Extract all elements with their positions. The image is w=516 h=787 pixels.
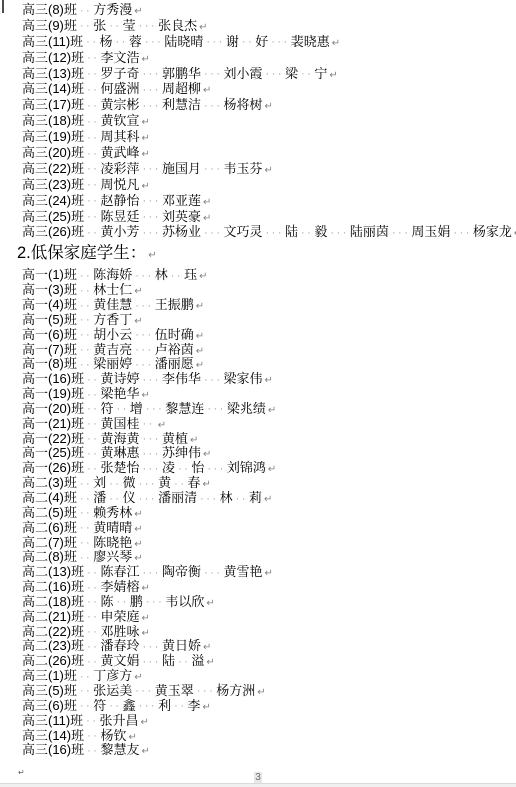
paragraph-mark-icon: ↵ — [141, 133, 149, 144]
student-line: 高二(22)班··邓胜咏↵ — [22, 625, 514, 640]
student-line: 高三(14)班··杨钦↵ — [22, 729, 514, 744]
student-name: 陈昱廷 — [100, 209, 139, 224]
student-name: 鑫 — [123, 698, 136, 713]
student-name: 陆晓晴 — [164, 34, 203, 49]
student-name: 黄晴晴 — [93, 520, 132, 535]
space-formatting-marks: ·· — [174, 700, 186, 712]
paragraph-mark-icon: ↵ — [141, 717, 149, 728]
student-line: 高一(7)班··黄吉亮···卢裕茵↵ — [22, 343, 514, 358]
student-name: 黎慧友 — [100, 742, 139, 757]
paragraph-mark-icon: ↵ — [196, 331, 204, 342]
student-line: 高一(6)班··胡小云···伍时确↵ — [22, 328, 514, 343]
space-formatting-marks: ·· — [87, 730, 99, 742]
space-formatting-marks: ·· — [87, 163, 99, 175]
space-formatting-marks: ··· — [135, 329, 154, 341]
student-name: 梁丽婷 — [93, 356, 132, 371]
paragraph-mark-icon: ↵ — [128, 732, 136, 743]
space-formatting-marks: ·· — [80, 329, 92, 341]
space-formatting-marks: ··· — [204, 163, 223, 175]
space-formatting-marks: ·· — [80, 285, 92, 297]
space-formatting-marks: ··· — [142, 84, 161, 96]
space-formatting-marks: ··· — [139, 493, 158, 505]
paragraph-mark-icon: ↵ — [134, 524, 142, 535]
paragraph-mark-icon: ↵ — [265, 375, 273, 386]
class-label: 高二(23)班 — [22, 638, 84, 653]
space-formatting-marks: ·· — [87, 211, 99, 223]
student-name: 梁艳华 — [100, 386, 139, 401]
space-formatting-marks: ·· — [80, 537, 92, 549]
space-formatting-marks: ··· — [142, 448, 161, 460]
student-name: 宁 — [314, 66, 327, 81]
space-formatting-marks: ·· — [87, 68, 99, 80]
student-name: 陈 — [100, 594, 113, 609]
paragraph-mark-icon: ↵ — [265, 568, 273, 579]
space-formatting-marks: ·· — [87, 433, 99, 445]
student-name: 李 — [187, 698, 200, 713]
student-line: 高一(26)班··张楚怡···凌··怡···刘锦鸿↵ — [22, 461, 514, 476]
paragraph-mark-icon: ↵ — [206, 657, 214, 668]
student-name: 杨方洲 — [216, 683, 255, 698]
student-name: 怡 — [191, 460, 204, 475]
paragraph-mark-icon: ↵ — [257, 687, 265, 698]
student-name: 周悦凡 — [100, 177, 139, 192]
class-label: 高二(13)班 — [22, 564, 84, 579]
space-formatting-marks: ··· — [207, 463, 226, 475]
paragraph-mark-icon: ↵ — [196, 346, 204, 357]
class-label: 高二(26)班 — [22, 653, 84, 668]
space-formatting-marks: ·· — [87, 195, 99, 207]
student-name: 黄钦宣 — [100, 113, 139, 128]
paragraph-mark-icon: ↵ — [141, 746, 149, 757]
class-label: 高三(19)班 — [22, 129, 84, 144]
student-line: 高一(5)班··方香丁↵ — [22, 313, 514, 328]
class-label: 高一(1)班 — [22, 267, 77, 282]
class-label: 高二(22)班 — [22, 624, 84, 639]
space-formatting-marks: ··· — [142, 227, 161, 239]
student-name: 陶帝衡 — [162, 564, 201, 579]
space-formatting-marks: ··· — [139, 478, 158, 490]
space-formatting-marks: ··· — [204, 227, 223, 239]
student-name: 陆 — [285, 224, 298, 239]
space-formatting-marks: ·· — [242, 36, 254, 48]
paragraph-mark-icon: ↵ — [264, 494, 272, 505]
class-label: 高一(22)班 — [22, 431, 84, 446]
student-name: 张楚怡 — [100, 460, 139, 475]
space-formatting-marks: ··· — [453, 227, 472, 239]
student-name: 陆 — [162, 653, 175, 668]
space-formatting-marks: ·· — [87, 227, 99, 239]
student-name: 文巧灵 — [223, 224, 262, 239]
student-name: 苏绅伟 — [162, 445, 201, 460]
document-page: 高三(8)班··方秀漫↵高三(9)班··张··莹···张良杰↵高三(11)班··… — [22, 2, 514, 758]
space-formatting-marks: ··· — [142, 374, 161, 386]
student-line: 高三(11)班··张升昌↵ — [22, 714, 514, 729]
student-name: 刘 — [93, 475, 106, 490]
class-label: 高三(14)班 — [22, 728, 84, 743]
class-label: 高二(21)班 — [22, 609, 84, 624]
student-name: 利 — [158, 698, 171, 713]
paragraph-mark-icon: ↵ — [141, 54, 149, 65]
student-name: 梁兆绩 — [227, 401, 266, 416]
space-formatting-marks: ··· — [135, 685, 154, 697]
student-line: 高三(11)班··杨··蓉···陆晓晴···谢··好···裴晓惠↵ — [22, 34, 514, 50]
student-line: 高三(14)班··何盛洲···周超柳↵ — [22, 81, 514, 97]
student-line: 高一(21)班··黄国桂··↵ — [22, 417, 514, 432]
student-name: 凌彩萍 — [100, 161, 139, 176]
student-name: 施国月 — [162, 161, 201, 176]
space-formatting-marks: ·· — [87, 403, 99, 415]
student-name: 毅 — [314, 224, 327, 239]
space-formatting-marks: ·· — [87, 100, 99, 112]
section-heading-text: 2.低保家庭学生： — [17, 244, 146, 262]
paragraph-mark-icon: ↵ — [190, 435, 198, 446]
space-formatting-marks: ·· — [116, 403, 128, 415]
space-formatting-marks: ·· — [87, 179, 99, 191]
space-formatting-marks: ·· — [109, 478, 121, 490]
space-formatting-marks: ·· — [236, 493, 248, 505]
space-formatting-marks: ·· — [116, 596, 128, 608]
class-label: 高一(7)班 — [22, 342, 77, 357]
student-name: 鹏 — [130, 594, 143, 609]
student-list-section-1: 高三(8)班··方秀漫↵高三(9)班··张··莹···张良杰↵高三(11)班··… — [22, 2, 514, 240]
student-name: 符 — [100, 401, 113, 416]
student-line: 高三(1)班··丁彦方↵ — [22, 669, 514, 684]
student-line: 高二(13)班··陈春江···陶帝衡···黄雪艳↵ — [22, 565, 514, 580]
space-formatting-marks: ·· — [80, 314, 92, 326]
paragraph-mark-icon: ↵ — [203, 85, 211, 96]
student-name: 廖兴琴 — [93, 549, 132, 564]
student-name: 林士仁 — [93, 282, 132, 297]
student-name: 溢 — [191, 653, 204, 668]
paragraph-mark-icon: ↵ — [332, 38, 340, 49]
class-label: 高一(26)班 — [22, 460, 84, 475]
student-line: 高一(19)班··梁艳华↵ — [22, 387, 514, 402]
space-formatting-marks: ··· — [142, 656, 161, 668]
student-line: 高二(3)班··刘··微···黄··春↵ — [22, 476, 514, 491]
student-line: 高二(8)班··廖兴琴↵ — [22, 550, 514, 565]
student-name: 仪 — [123, 490, 136, 505]
student-line: 高三(17)班··黄宗彬···利慧洁···杨将树↵ — [22, 97, 514, 113]
change-bar — [2, 0, 4, 13]
paragraph-mark-icon: ↵ — [265, 165, 273, 176]
paragraph-mark-icon: ↵ — [268, 405, 276, 416]
student-name: 林 — [155, 267, 168, 282]
space-formatting-marks: ·· — [80, 478, 92, 490]
student-list-section-2: 高一(1)班··陈海娇···林··珏↵高一(3)班··林士仁↵高一(4)班··黄… — [22, 268, 514, 758]
paragraph-mark-icon: ↵ — [203, 642, 211, 653]
student-name: 胡小云 — [93, 327, 132, 342]
student-name: 王振鹏 — [155, 297, 194, 312]
space-formatting-marks: ·· — [80, 552, 92, 564]
paragraph-mark-icon: ↵ — [141, 117, 149, 128]
student-name: 春 — [187, 475, 200, 490]
paragraph-mark-icon: ↵ — [202, 702, 210, 713]
class-label: 高二(3)班 — [22, 475, 77, 490]
student-name: 郭鹏华 — [162, 66, 201, 81]
paragraph-mark-icon: ↵ — [203, 213, 211, 224]
paragraph-mark-icon: ↵ — [134, 553, 142, 564]
class-label: 高三(23)班 — [22, 177, 84, 192]
space-formatting-marks: ··· — [142, 195, 161, 207]
student-line: 高三(24)班··赵静怡···邓亚莲↵ — [22, 193, 514, 209]
student-name: 李文浩 — [100, 50, 139, 65]
class-label: 高二(4)班 — [22, 490, 77, 505]
student-name: 张 — [93, 18, 106, 33]
space-formatting-marks: ··· — [139, 20, 158, 32]
student-name: 陆丽茵 — [350, 224, 389, 239]
space-formatting-marks: ·· — [301, 68, 313, 80]
class-label: 高二(7)班 — [22, 535, 77, 550]
space-formatting-marks: ·· — [87, 463, 99, 475]
student-name: 黄文娟 — [100, 653, 139, 668]
student-name: 杨钦 — [100, 728, 126, 743]
space-formatting-marks: ·· — [80, 700, 92, 712]
paragraph-mark-icon: ↵ — [199, 271, 207, 282]
paragraph-mark-icon: ↵ — [141, 583, 149, 594]
student-name: 微 — [123, 475, 136, 490]
student-name: 林 — [220, 490, 233, 505]
student-name: 邓亚莲 — [162, 193, 201, 208]
class-label: 高三(12)班 — [22, 50, 84, 65]
student-name: 杨 — [99, 34, 112, 49]
student-line: 高一(4)班··黄佳慧···王振鹏↵ — [22, 298, 514, 313]
class-label: 高一(4)班 — [22, 297, 77, 312]
class-label: 高三(25)班 — [22, 209, 84, 224]
space-formatting-marks: ··· — [146, 596, 165, 608]
class-label: 高三(16)班 — [22, 742, 84, 757]
student-name: 赖秀林 — [93, 505, 132, 520]
space-formatting-marks: ·· — [109, 493, 121, 505]
space-formatting-marks: ··· — [197, 685, 216, 697]
student-name: 周玉娟 — [411, 224, 450, 239]
space-formatting-marks: ·· — [87, 567, 99, 579]
student-name: 杨家龙 — [473, 224, 512, 239]
space-formatting-marks: ··· — [146, 403, 165, 415]
paragraph-mark-icon: ↵ — [203, 449, 211, 460]
space-formatting-marks: ·· — [87, 745, 99, 757]
paragraph-mark-icon: ↵ — [134, 316, 142, 327]
student-name: 陈春江 — [100, 564, 139, 579]
class-label: 高一(16)班 — [22, 371, 84, 386]
space-formatting-marks: ·· — [86, 36, 98, 48]
student-name: 刘锦鸿 — [227, 460, 266, 475]
space-formatting-marks: ·· — [87, 641, 99, 653]
paragraph-mark-icon: ↵ — [196, 360, 204, 371]
space-formatting-marks: ··· — [142, 567, 161, 579]
student-line: 高三(13)班··罗子奇···郭鹏华···刘小霞···梁··宁↵ — [22, 66, 514, 82]
space-formatting-marks: ·· — [87, 148, 99, 160]
class-label: 高一(21)班 — [22, 416, 84, 431]
student-name: 潘丽清 — [158, 490, 197, 505]
paragraph-mark-icon: ↵ — [134, 286, 142, 297]
student-name: 黄国桂 — [100, 416, 139, 431]
space-formatting-marks: ·· — [86, 715, 98, 727]
paragraph-mark-icon: ↵ — [141, 390, 149, 401]
student-line: 高三(22)班··凌彩萍···施国月···韦玉芬↵ — [22, 161, 514, 177]
space-formatting-marks: ·· — [87, 132, 99, 144]
class-label: 高三(22)班 — [22, 161, 84, 176]
student-line: 高三(23)班··周悦凡↵ — [22, 177, 514, 193]
class-label: 高三(18)班 — [22, 113, 84, 128]
student-line: 高二(7)班··陈晓艳↵ — [22, 536, 514, 551]
student-line: 高三(18)班··黄钦宣↵ — [22, 113, 514, 129]
student-name: 罗子奇 — [100, 66, 139, 81]
space-formatting-marks: ·· — [87, 582, 99, 594]
class-label: 高二(5)班 — [22, 505, 77, 520]
student-name: 刘英豪 — [162, 209, 201, 224]
space-formatting-marks: ··· — [142, 100, 161, 112]
class-label: 高三(13)班 — [22, 66, 84, 81]
page-edge — [0, 783, 516, 787]
student-name: 利慧洁 — [162, 97, 201, 112]
space-formatting-marks: ·· — [80, 685, 92, 697]
space-formatting-marks: ··· — [204, 567, 223, 579]
space-formatting-marks: ··· — [135, 270, 154, 282]
space-formatting-marks: ·· — [80, 671, 92, 683]
space-formatting-marks: ·· — [171, 270, 183, 282]
space-formatting-marks: ·· — [301, 227, 313, 239]
space-formatting-marks: ··· — [330, 227, 349, 239]
paragraph-mark-icon: ↵ — [141, 181, 149, 192]
student-name: 符 — [93, 698, 106, 713]
student-name: 莉 — [249, 490, 262, 505]
student-name: 卢裕茵 — [155, 342, 194, 357]
student-line: 高二(26)班··黄文娟···陆··溢↵ — [22, 654, 514, 669]
class-label: 高三(20)班 — [22, 145, 84, 160]
space-formatting-marks: ·· — [80, 522, 92, 534]
space-formatting-marks: ··· — [392, 227, 411, 239]
paragraph-mark-icon: ↵ — [206, 598, 214, 609]
space-formatting-marks: ·· — [178, 656, 190, 668]
student-name: 梁 — [285, 66, 298, 81]
class-label: 高三(8)班 — [22, 2, 77, 17]
paragraph-mark-icon: ↵ — [265, 101, 273, 112]
student-name: 黄武峰 — [100, 145, 139, 160]
space-formatting-marks: ·· — [87, 418, 99, 430]
student-name: 陈海娇 — [93, 267, 132, 282]
space-formatting-marks: ·· — [80, 344, 92, 356]
paragraph-mark-icon: ↵ — [268, 464, 276, 475]
student-line: 高三(20)班··黄武峰↵ — [22, 145, 514, 161]
student-name: 蓉 — [129, 34, 142, 49]
student-name: 杨将树 — [223, 97, 262, 112]
student-name: 邓胜咏 — [100, 624, 139, 639]
student-name: 周超柳 — [162, 81, 201, 96]
class-label: 高三(5)班 — [22, 683, 77, 698]
space-formatting-marks: ·· — [87, 596, 99, 608]
class-label: 高三(17)班 — [22, 97, 84, 112]
paragraph-mark-icon: ↵ — [134, 509, 142, 520]
space-formatting-marks: ··· — [204, 68, 223, 80]
class-label: 高三(9)班 — [22, 18, 77, 33]
class-label: 高一(19)班 — [22, 386, 84, 401]
space-formatting-marks: ·· — [80, 493, 92, 505]
student-name: 何盛洲 — [100, 81, 139, 96]
space-formatting-marks: ·· — [80, 507, 92, 519]
paragraph-mark-icon: ↵ — [134, 539, 142, 550]
space-formatting-marks: ··· — [142, 641, 161, 653]
space-formatting-marks: ·· — [80, 5, 92, 17]
space-formatting-marks: ··· — [207, 403, 226, 415]
student-name: 潘丽愿 — [155, 356, 194, 371]
section-heading: 2.低保家庭学生：↵ — [17, 243, 514, 266]
space-formatting-marks: ··· — [200, 493, 219, 505]
space-formatting-marks: ·· — [80, 359, 92, 371]
student-name: 苏杨业 — [162, 224, 201, 239]
student-name: 方香丁 — [93, 312, 132, 327]
student-name: 黄诗婷 — [100, 371, 139, 386]
student-name: 黄佳慧 — [93, 297, 132, 312]
student-line: 高一(16)班··黄诗婷···李伟华···梁家伟↵ — [22, 372, 514, 387]
student-line: 高一(8)班··梁丽婷···潘丽愿↵ — [22, 357, 514, 372]
space-formatting-marks: ··· — [206, 36, 225, 48]
student-line: 高一(3)班··林士仁↵ — [22, 283, 514, 298]
student-line: 高三(9)班··张··莹···张良杰↵ — [22, 18, 514, 34]
space-formatting-marks: ··· — [204, 374, 223, 386]
space-formatting-marks: ·· — [178, 463, 190, 475]
student-line: 高二(23)班··潘春玲···黄日娇↵ — [22, 639, 514, 654]
student-line: 高三(26)班··黄小芳···苏杨业···文巧灵···陆··毅···陆丽茵···… — [22, 224, 514, 240]
student-name: 黄小芳 — [100, 224, 139, 239]
student-name: 裴晓惠 — [291, 34, 330, 49]
space-formatting-marks: ··· — [139, 700, 158, 712]
space-formatting-marks: ·· — [87, 52, 99, 64]
paragraph-mark-icon: ↵ — [134, 672, 142, 683]
paragraph-mark-icon: ↵ — [196, 301, 204, 312]
student-name: 黄琳惠 — [100, 445, 139, 460]
page-number: 3 — [254, 772, 262, 783]
student-line: 高二(18)班··陈··鹏···韦以欣↵ — [22, 595, 514, 610]
space-formatting-marks: ·· — [142, 418, 154, 430]
paragraph-mark-icon: ↵ — [199, 22, 207, 33]
student-name: 周其科 — [100, 129, 139, 144]
student-line: 高三(12)班··李文浩↵ — [22, 50, 514, 66]
space-formatting-marks: ·· — [80, 20, 92, 32]
space-formatting-marks: ··· — [266, 68, 285, 80]
student-name: 韦玉芬 — [223, 161, 262, 176]
space-formatting-marks: ··· — [271, 36, 290, 48]
student-line: 高一(22)班··黄海黄···黄植↵ — [22, 432, 514, 447]
class-label: 高一(20)班 — [22, 401, 84, 416]
student-name: 黄日娇 — [162, 638, 201, 653]
student-line: 高一(25)班··黄琳惠···苏绅伟↵ — [22, 446, 514, 461]
class-label: 高三(26)班 — [22, 224, 84, 239]
student-name: 丁彦方 — [93, 668, 132, 683]
space-formatting-marks: ··· — [266, 227, 285, 239]
student-name: 谢 — [226, 34, 239, 49]
student-name: 凌 — [162, 460, 175, 475]
student-name: 黄宗彬 — [100, 97, 139, 112]
class-label: 高三(11)班 — [22, 34, 83, 49]
paragraph-mark-icon: ↵ — [141, 628, 149, 639]
student-name: 黄玉翠 — [155, 683, 194, 698]
student-name: 陈晓艳 — [93, 535, 132, 550]
paragraph-mark-icon: ↵ — [134, 6, 142, 17]
student-name: 李伟华 — [162, 371, 201, 386]
student-line: 高二(6)班··黄晴晴↵ — [22, 521, 514, 536]
space-formatting-marks: ·· — [109, 20, 121, 32]
space-formatting-marks: ·· — [174, 478, 186, 490]
class-label: 高二(6)班 — [22, 520, 77, 535]
space-formatting-marks: ·· — [87, 389, 99, 401]
class-label: 高三(24)班 — [22, 193, 84, 208]
space-formatting-marks: ··· — [142, 163, 161, 175]
student-name: 莹 — [123, 18, 136, 33]
student-name: 张良杰 — [158, 18, 197, 33]
space-formatting-marks: ··· — [135, 300, 154, 312]
class-label: 高二(8)班 — [22, 549, 77, 564]
space-formatting-marks: ··· — [142, 211, 161, 223]
